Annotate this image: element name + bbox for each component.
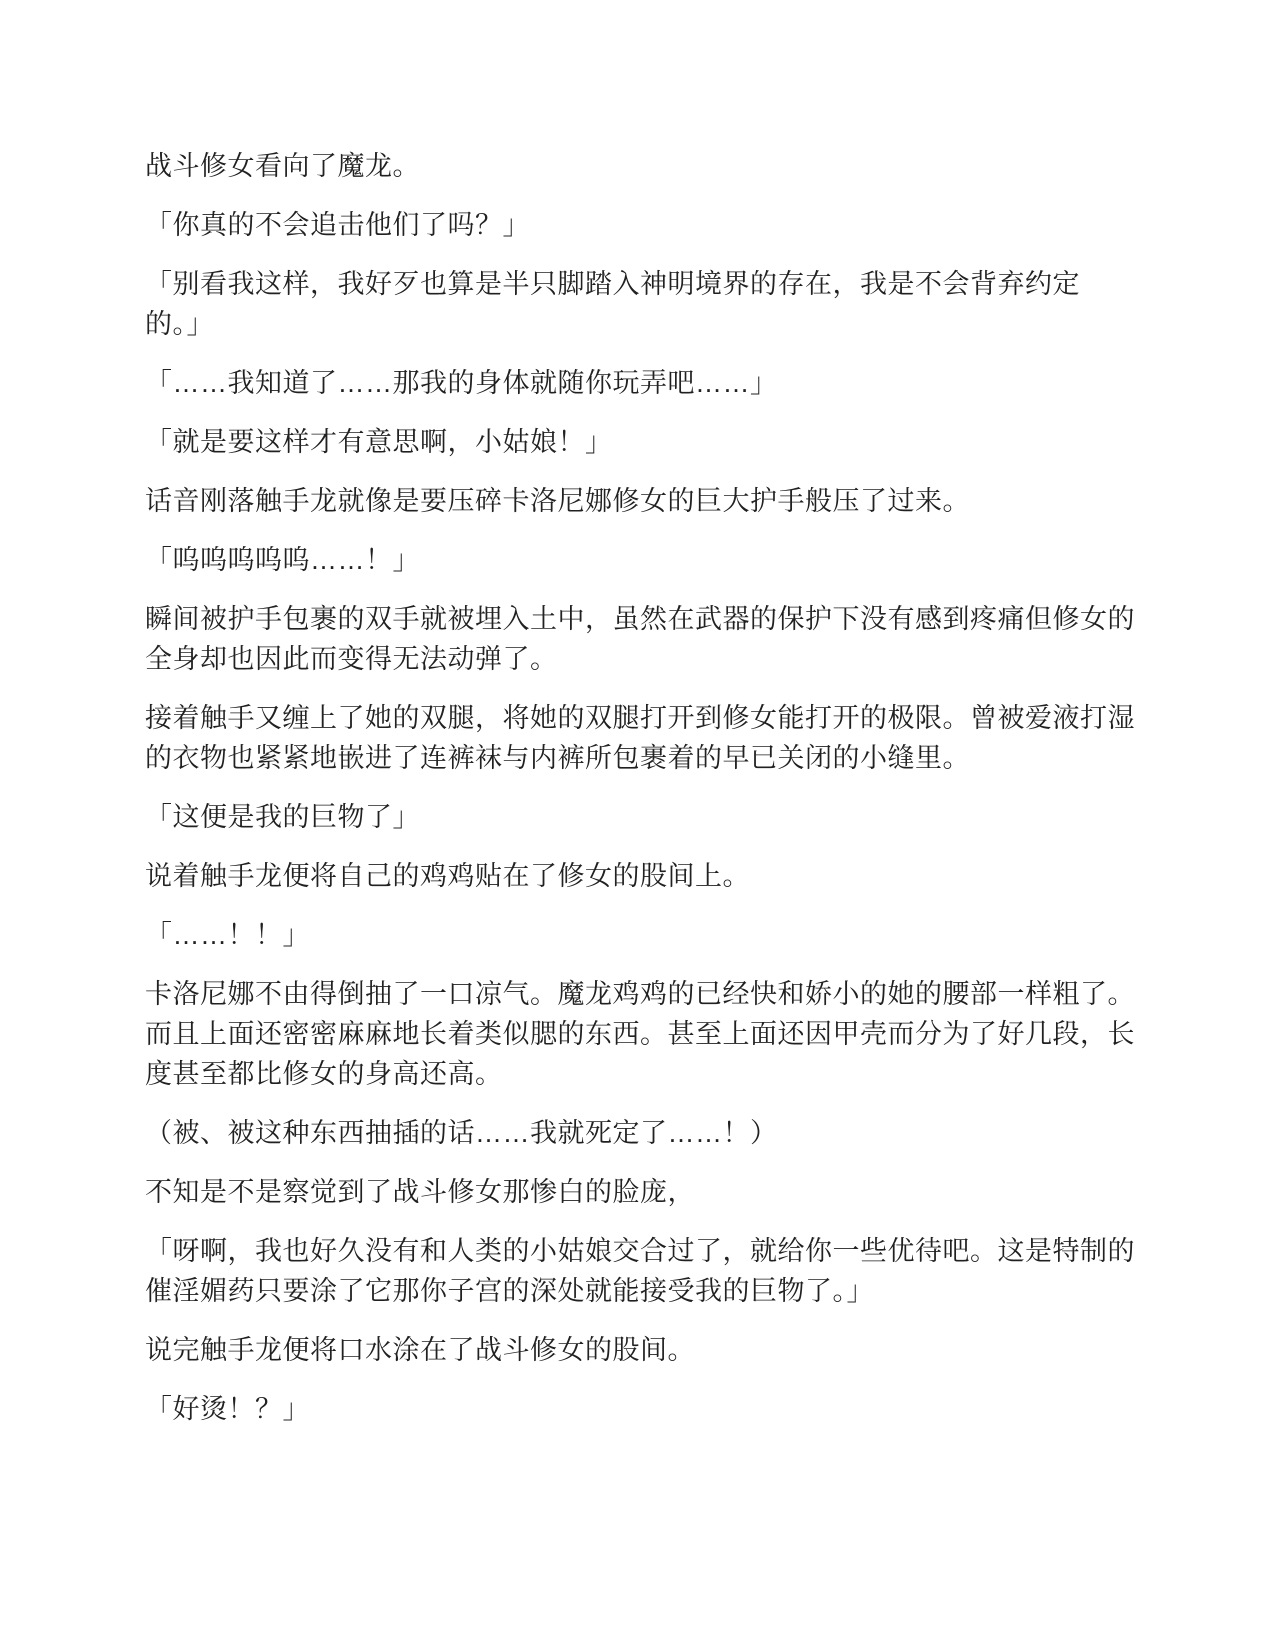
text-line: 而且上面还密密麻麻地长着类似腮的东西。甚至上面还因甲壳而分为了好几段，长: [145, 1014, 1175, 1054]
text-line: 「别看我这样，我好歹也算是半只脚踏入神明境界的存在，我是不会背弃约定: [145, 264, 1175, 304]
paragraph: 说完触手龙便将口水涂在了战斗修女的股间。: [145, 1330, 1175, 1370]
text-line: 战斗修女看向了魔龙。: [145, 146, 1175, 186]
paragraph: 瞬间被护手包裹的双手就被埋入土中，虽然在武器的保护下没有感到疼痛但修女的 全身却…: [145, 599, 1175, 679]
text-line: 话音刚落触手龙就像是要压碎卡洛尼娜修女的巨大护手般压了过来。: [145, 481, 1175, 521]
text-line: 说完触手龙便将口水涂在了战斗修女的股间。: [145, 1330, 1175, 1370]
text-line: 「你真的不会追击他们了吗？」: [145, 205, 1175, 245]
text-line: 「这便是我的巨物了」: [145, 797, 1175, 837]
paragraph: 「好烫！？」: [145, 1389, 1175, 1429]
text-line: 「就是要这样才有意思啊，小姑娘！」: [145, 422, 1175, 462]
paragraph: 「……！！」: [145, 915, 1175, 955]
text-line: 全身却也因此而变得无法动弹了。: [145, 639, 1175, 679]
text-line: 「……！！」: [145, 915, 1175, 955]
text-line: 的。」: [145, 304, 1175, 344]
paragraph: 「别看我这样，我好歹也算是半只脚踏入神明境界的存在，我是不会背弃约定 的。」: [145, 264, 1175, 344]
document-page: 战斗修女看向了魔龙。 「你真的不会追击他们了吗？」 「别看我这样，我好歹也算是半…: [0, 0, 1275, 1650]
text-line: 瞬间被护手包裹的双手就被埋入土中，虽然在武器的保护下没有感到疼痛但修女的: [145, 599, 1175, 639]
text-line: 度甚至都比修女的身高还高。: [145, 1054, 1175, 1094]
paragraph: 「就是要这样才有意思啊，小姑娘！」: [145, 422, 1175, 462]
text-line: 催淫媚药只要涂了它那你子宫的深处就能接受我的巨物了。」: [145, 1271, 1175, 1311]
paragraph: 不知是不是察觉到了战斗修女那惨白的脸庞，: [145, 1172, 1175, 1212]
paragraph: （被、被这种东西抽插的话……我就死定了……！）: [145, 1113, 1175, 1153]
paragraph: 说着触手龙便将自己的鸡鸡贴在了修女的股间上。: [145, 856, 1175, 896]
paragraph: 接着触手又缠上了她的双腿，将她的双腿打开到修女能打开的极限。曾被爱液打湿 的衣物…: [145, 698, 1175, 778]
text-line: 「呀啊，我也好久没有和人类的小姑娘交合过了，就给你一些优待吧。这是特制的: [145, 1231, 1175, 1271]
paragraph: 话音刚落触手龙就像是要压碎卡洛尼娜修女的巨大护手般压了过来。: [145, 481, 1175, 521]
text-line: 的衣物也紧紧地嵌进了连裤袜与内裤所包裹着的早已关闭的小缝里。: [145, 738, 1175, 778]
paragraph: 战斗修女看向了魔龙。: [145, 146, 1175, 186]
text-line: 接着触手又缠上了她的双腿，将她的双腿打开到修女能打开的极限。曾被爱液打湿: [145, 698, 1175, 738]
paragraph: 「你真的不会追击他们了吗？」: [145, 205, 1175, 245]
paragraph: 「呜呜呜呜呜……！」: [145, 540, 1175, 580]
text-line: 「好烫！？」: [145, 1389, 1175, 1429]
text-line: （被、被这种东西抽插的话……我就死定了……！）: [145, 1113, 1175, 1153]
paragraph: 「这便是我的巨物了」: [145, 797, 1175, 837]
paragraph: 「……我知道了……那我的身体就随你玩弄吧……」: [145, 363, 1175, 403]
text-line: 「……我知道了……那我的身体就随你玩弄吧……」: [145, 363, 1175, 403]
paragraph: 「呀啊，我也好久没有和人类的小姑娘交合过了，就给你一些优待吧。这是特制的 催淫媚…: [145, 1231, 1175, 1311]
text-line: 「呜呜呜呜呜……！」: [145, 540, 1175, 580]
text-line: 卡洛尼娜不由得倒抽了一口凉气。魔龙鸡鸡的已经快和娇小的她的腰部一样粗了。: [145, 974, 1175, 1014]
text-line: 说着触手龙便将自己的鸡鸡贴在了修女的股间上。: [145, 856, 1175, 896]
text-line: 不知是不是察觉到了战斗修女那惨白的脸庞，: [145, 1172, 1175, 1212]
paragraph: 卡洛尼娜不由得倒抽了一口凉气。魔龙鸡鸡的已经快和娇小的她的腰部一样粗了。 而且上…: [145, 974, 1175, 1094]
